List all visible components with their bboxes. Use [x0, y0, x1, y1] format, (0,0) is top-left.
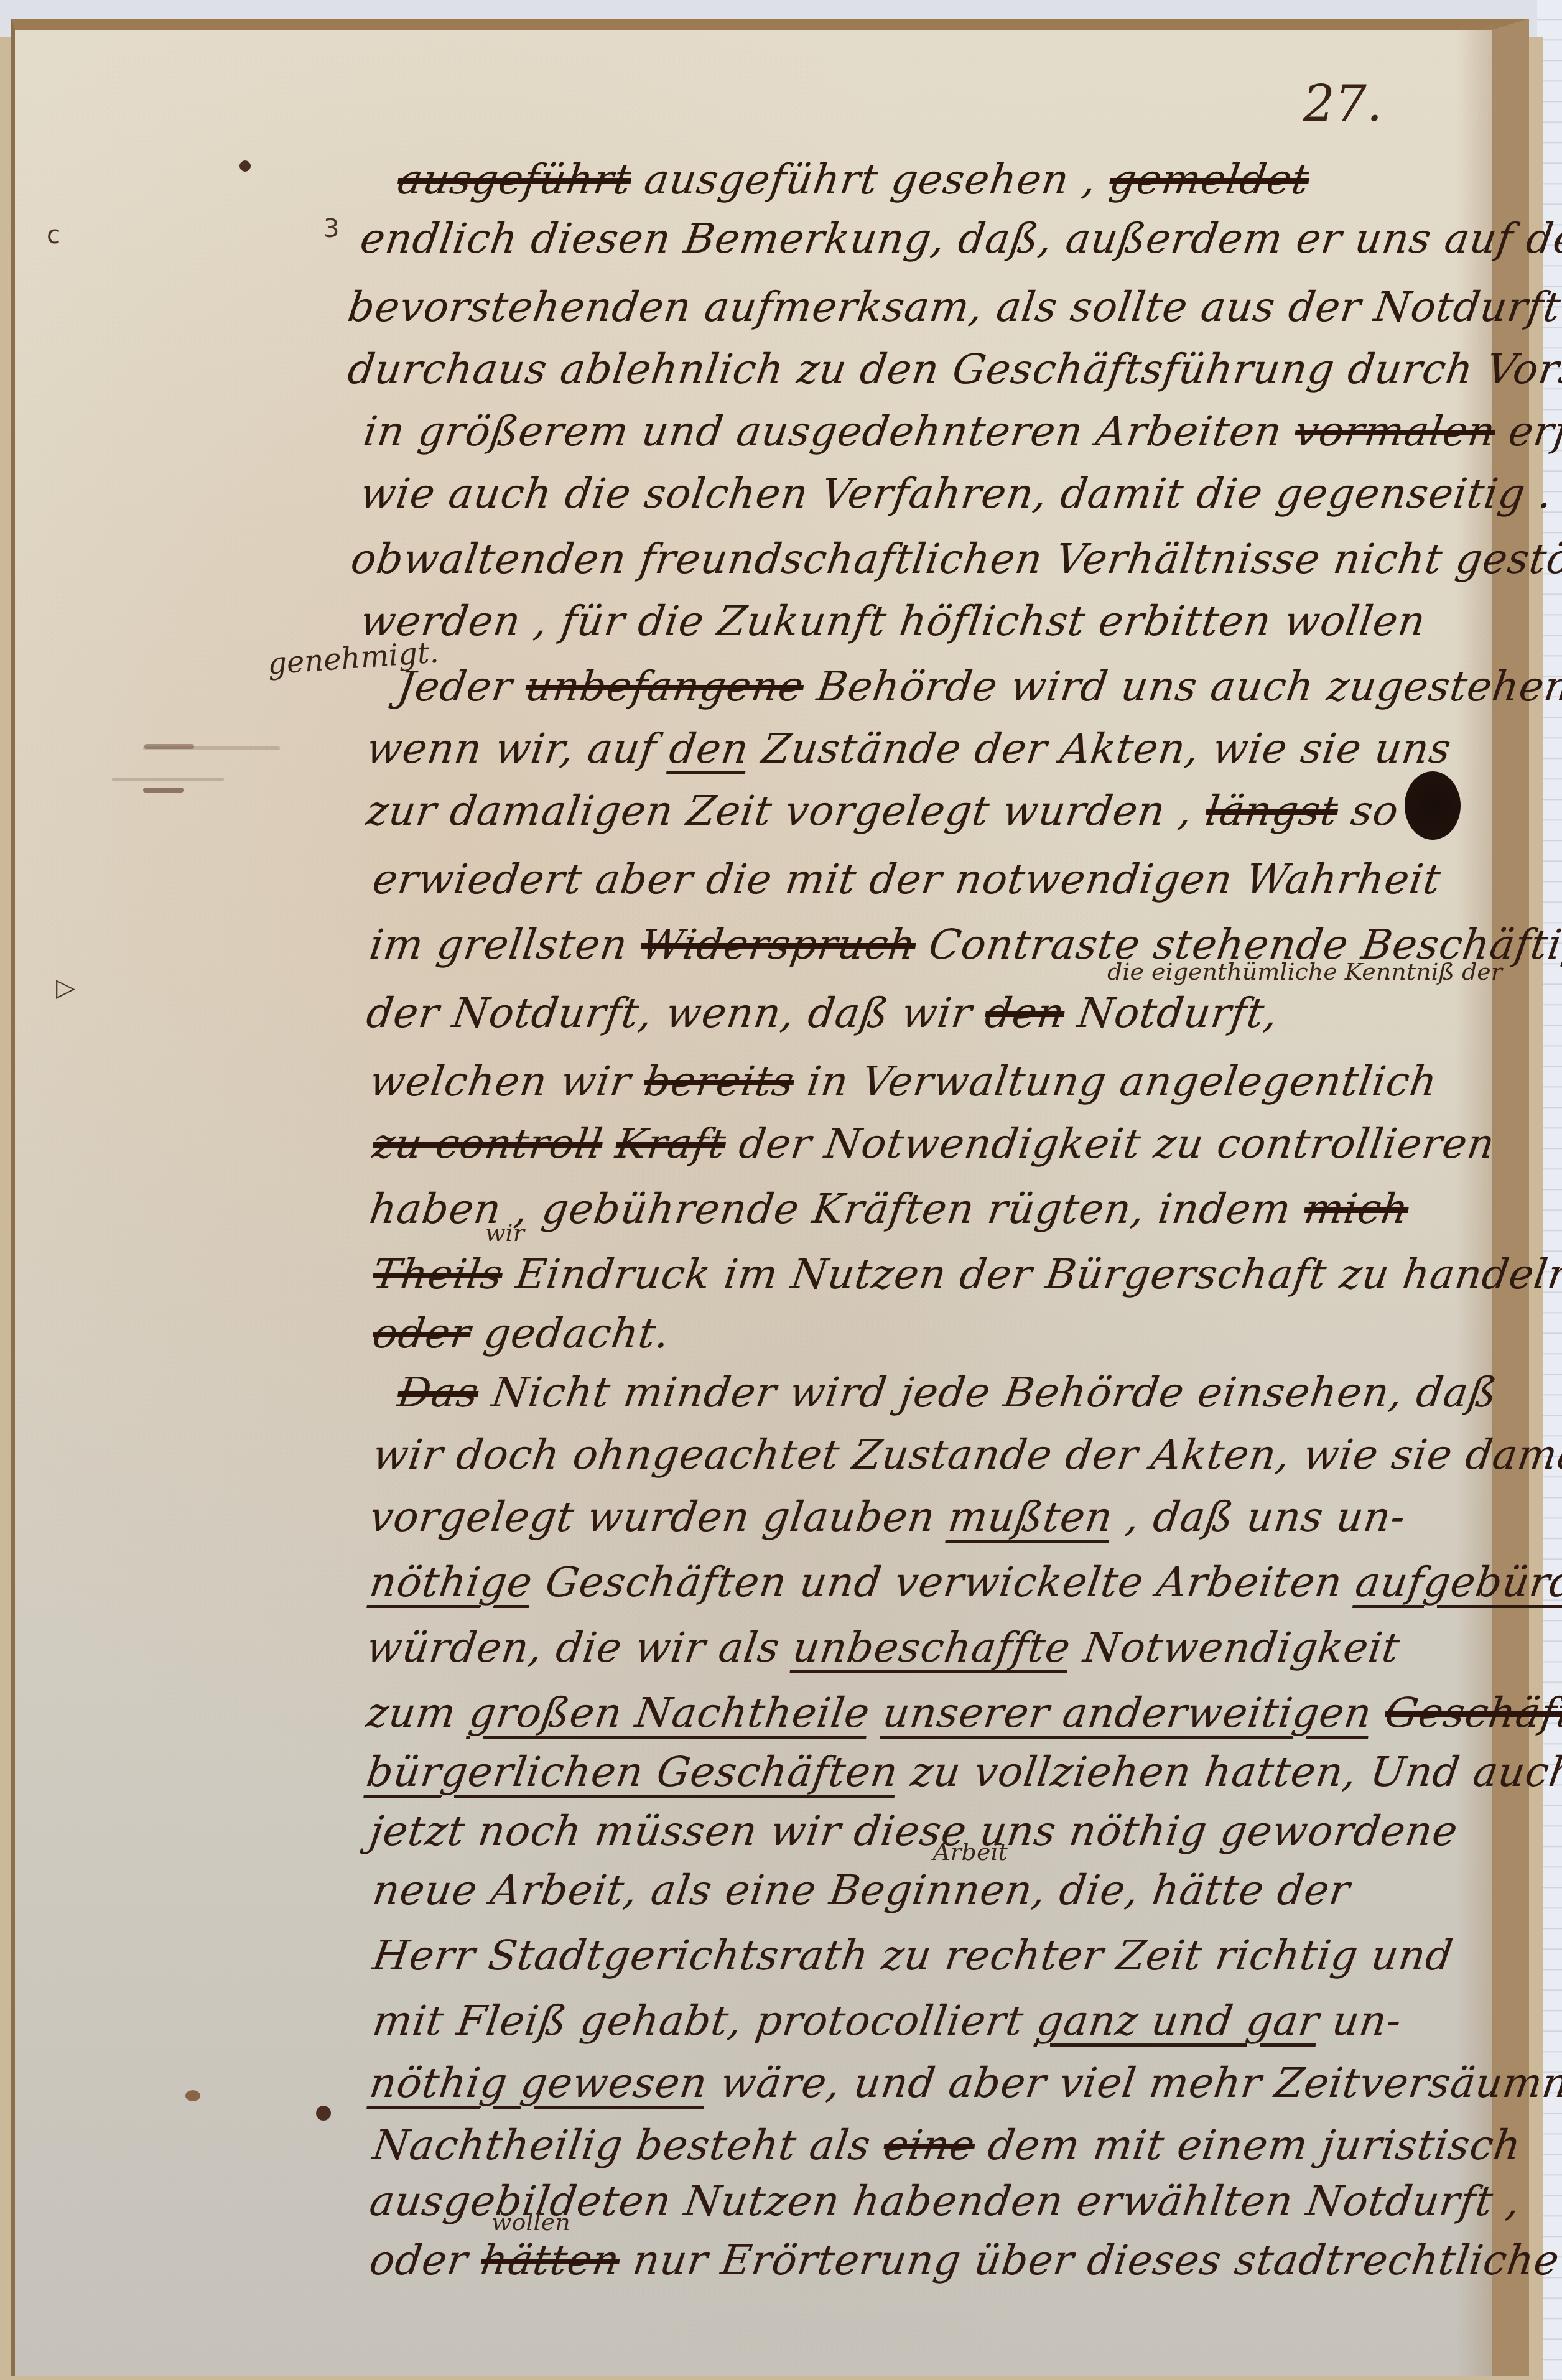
margin-dash [143, 788, 184, 793]
manuscript-line-31: nöthig gewesen wäre, und aber viel mehr … [367, 2059, 1562, 2107]
ink-spot [239, 160, 251, 172]
manuscript-line-8: werden , für die Zukunft höflichst erbit… [358, 597, 1429, 645]
manuscript-line-24: würden, die wir als unbeschaffte Notwend… [364, 1624, 1403, 1671]
manuscript-line-19: oder gedacht. [370, 1309, 673, 1357]
manuscript-line-16: zu controll Kraft der Notwendigkeit zu c… [370, 1120, 1498, 1168]
manuscript-line-27: jetzt noch müssen wir diese uns nöthig g… [367, 1807, 1461, 1855]
manuscript-line-29: Herr Stadtgerichtsrath zu rechter Zeit r… [370, 1931, 1456, 1979]
manuscript-line-34: oder hätten nur Erörterung über dieses s… [367, 2236, 1562, 2284]
manuscript-line-5: in größerem und ausgedehnteren Arbeiten … [361, 407, 1562, 455]
manuscript-line-28: neue Arbeit, als eine Beginnen, die, hät… [370, 1866, 1354, 1914]
manuscript-line-20: Das Nicht minder wird jede Behörde einse… [395, 1369, 1500, 1416]
manuscript-line-25: zum großen Nachtheile unserer anderweiti… [364, 1689, 1562, 1737]
interlinear-insert: Arbeit [933, 1838, 1008, 1866]
manuscript-line-7: obwaltenden freundschaftlichen Verhältni… [348, 535, 1562, 583]
margin-mark-b: ▷ [56, 974, 75, 1002]
manuscript-line-11: zur damaligen Zeit vorgelegt wurden , lä… [364, 787, 1402, 835]
manuscript-line-14: der Notdurft, wenn, daß wir den Notdurft… [364, 989, 1281, 1037]
manuscript-line-10: wenn wir, auf den Zustände der Akten, wi… [364, 725, 1454, 773]
stain [185, 2090, 200, 2101]
interlinear-insert: wir [485, 1219, 524, 1247]
manuscript-line-12: erwiedert aber die mit der notwendigen W… [370, 855, 1444, 903]
manuscript-line-6: wie auch die solchen Verfahren, damit di… [358, 470, 1556, 518]
manuscript-line-4: durchaus ablehnlich zu den Geschäftsführ… [345, 345, 1562, 393]
folio-number: 27. [1303, 75, 1382, 132]
manuscript-line-21: wir doch ohngeachtet Zustande der Akten,… [370, 1431, 1562, 1479]
margin-mark-a: c [47, 221, 60, 249]
manuscript-line-1: ausgeführt ausgeführt gesehen , gemeldet [395, 156, 1313, 203]
line-marker: 3 [323, 215, 339, 243]
manuscript-line-32: Nachtheilig besteht als eine dem mit ein… [370, 2121, 1525, 2169]
manuscript-line-22: vorgelegt wurden glauben mußten , daß un… [367, 1493, 1409, 1541]
ink-blot-small [316, 2106, 331, 2121]
ink-blot [1405, 771, 1461, 840]
manuscript-line-23: nöthige Geschäften und verwickelte Arbei… [367, 1558, 1562, 1606]
margin-stroke [144, 744, 194, 749]
manuscript-line-18: Theils Eindruck im Nutzen der Bürgerscha… [370, 1250, 1562, 1298]
manuscript-line-15: welchen wir bereits in Verwaltung angele… [367, 1058, 1441, 1105]
interlinear-insert: die eigenthümliche Kenntniß der [1107, 958, 1502, 985]
manuscript-line-9: Jeder unbefangene Behörde wird uns auch … [395, 662, 1562, 710]
interlinear-insert: wollen [491, 2208, 570, 2236]
manuscript-line-2: endlich diesen Bemerkung, daß, außerdem … [358, 215, 1562, 263]
faint-margin-stroke [112, 778, 224, 781]
manuscript-line-30: mit Fleiß gehabt, protocolliert ganz und… [370, 1997, 1405, 2045]
manuscript-line-3: bevorstehenden aufmerksam, als sollte au… [345, 283, 1562, 331]
manuscript-line-26: bürgerlichen Geschäften zu vollziehen ha… [364, 1748, 1562, 1796]
